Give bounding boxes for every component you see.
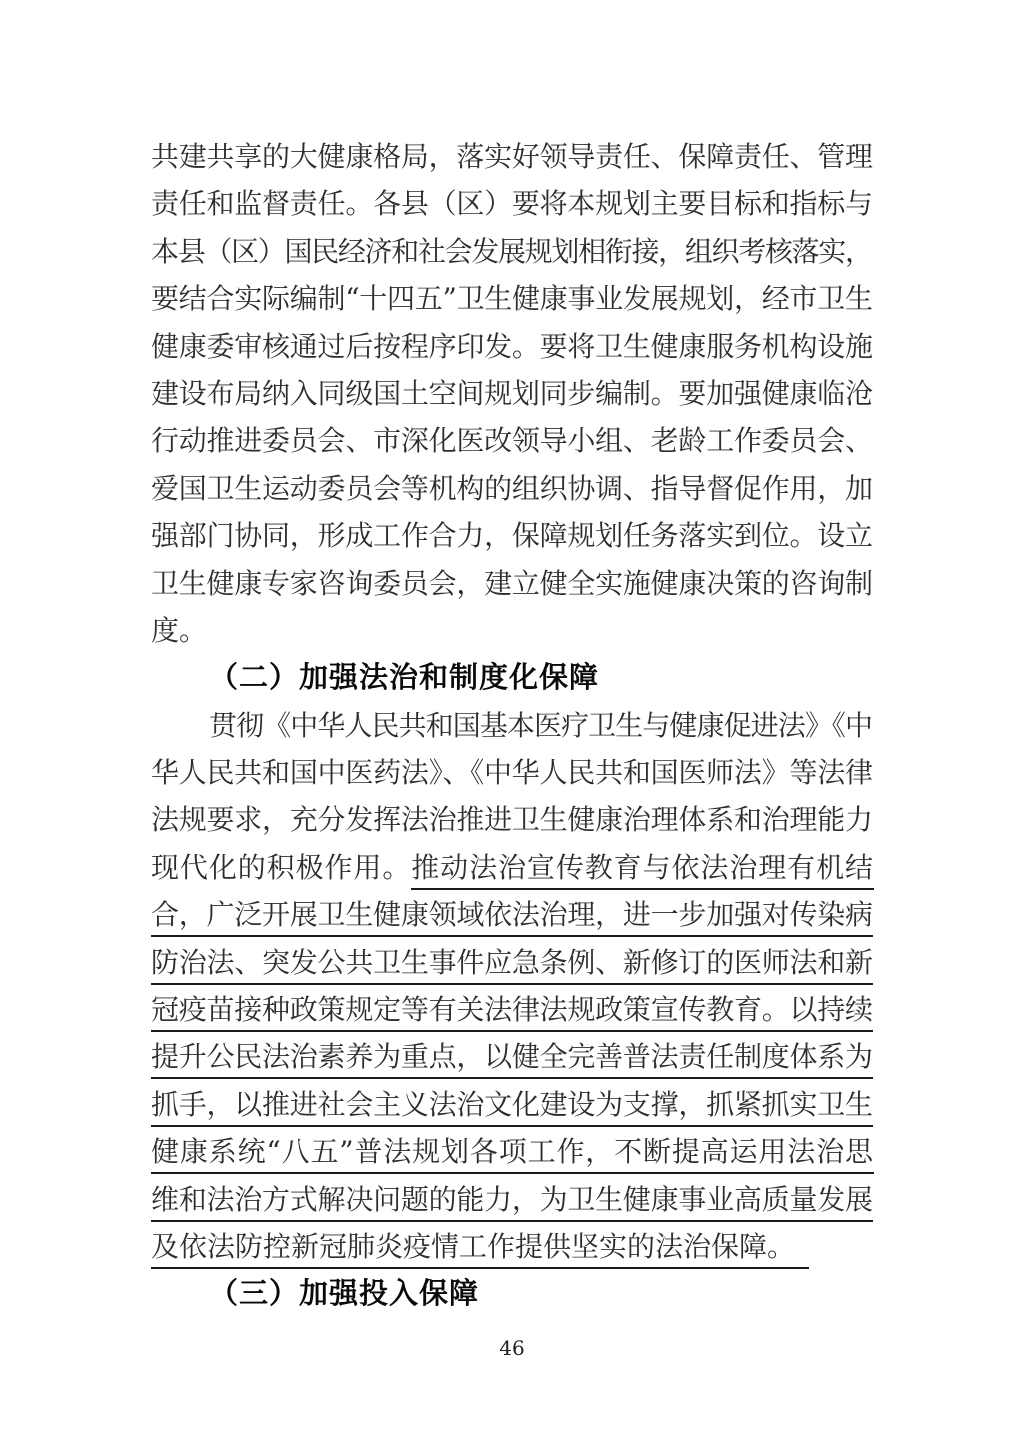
text-line: 卫生健康专家咨询委员会，建立健全实施健康决策的咨询制: [151, 560, 873, 607]
text-segment: 共建共享的大健康格局，落实好领导责任、保障责任、管理: [151, 140, 873, 173]
underlined-text: 维和法治方式解决问题的能力，为卫生健康事业高质量发展: [151, 1183, 873, 1222]
text-line: 合，广泛开展卫生健康领域依法治理，进一步加强对传染病: [151, 891, 873, 938]
text-line: 冠疫苗接种政策规定等有关法律法规政策宣传教育。以持续: [151, 986, 873, 1033]
text-segment: 爱国卫生运动委员会等机构的组织协调、指导督促作用，加: [151, 472, 873, 505]
text-segment: 责任和监督责任。各县（区）要将本规划主要目标和指标与: [151, 187, 873, 220]
text-line: 防治法、突发公共卫生事件应急条例、新修订的医师法和新: [151, 939, 873, 986]
document-page: 共建共享的大健康格局，落实好领导责任、保障责任、管理责任和监督责任。各县（区）要…: [0, 0, 1024, 1448]
text-line: 强部门协同，形成工作合力，保障规划任务落实到位。设立: [151, 512, 873, 559]
text-line: 健康系统“八五”普法规划各项工作，不断提高运用法治思: [151, 1128, 873, 1175]
underlined-text: 合，广泛开展卫生健康领域依法治理，进一步加强对传染病: [151, 898, 873, 937]
text-segment: 现代化的积极作用。: [151, 851, 411, 884]
text-line: 要结合实际编制“十四五”卫生健康事业发展规划，经市卫生: [151, 275, 873, 322]
underlined-text: 提升公民法治素养为重点，以健全完善普法责任制度体系为: [151, 1040, 873, 1079]
text-line: 责任和监督责任。各县（区）要将本规划主要目标和指标与: [151, 180, 873, 227]
underlined-text: 防治法、突发公共卫生事件应急条例、新修订的医师法和新: [151, 946, 873, 985]
text-segment: 卫生健康专家咨询委员会，建立健全实施健康决策的咨询制: [151, 567, 873, 600]
section-heading: （二）加强法治和制度化保障: [151, 654, 873, 701]
text-line: 及依法防控新冠肺炎疫情工作提供坚实的法治保障。: [151, 1223, 873, 1270]
text-line: 维和法治方式解决问题的能力，为卫生健康事业高质量发展: [151, 1176, 873, 1223]
underlined-text: 及依法防控新冠肺炎疫情工作提供坚实的法治保障。: [151, 1230, 781, 1269]
text-line: 现代化的积极作用。推动法治宣传教育与依法治理有机结: [151, 844, 873, 891]
text-segment: 法规要求，充分发挥法治推进卫生健康治理体系和治理能力: [151, 803, 873, 836]
text-segment: （三）加强投入保障: [209, 1276, 479, 1310]
text-line: 抓手，以推进社会主义法治文化建设为支撑，抓紧抓实卫生: [151, 1081, 873, 1128]
underlined-text: [781, 1230, 809, 1269]
text-segment: （二）加强法治和制度化保障: [209, 660, 599, 694]
underlined-text: 冠疫苗接种政策规定等有关法律法规政策宣传教育。以持续: [151, 993, 873, 1032]
page-number: 46: [0, 1336, 1024, 1360]
text-segment: 健康委审核通过后按程序印发。要将卫生健康服务机构设施: [151, 330, 873, 363]
text-line: 法规要求，充分发挥法治推进卫生健康治理体系和治理能力: [151, 796, 873, 843]
text-line: 本县（区）国民经济和社会发展规划相衔接，组织考核落实，: [151, 228, 873, 275]
text-segment: 本县（区）国民经济和社会发展规划相衔接，组织考核落实，: [151, 235, 872, 268]
text-line: 共建共享的大健康格局，落实好领导责任、保障责任、管理: [151, 133, 873, 180]
text-segment: 华人民共和国中医药法》、《中华人民共和国医师法》等法律: [151, 756, 873, 789]
text-line: 健康委审核通过后按程序印发。要将卫生健康服务机构设施: [151, 323, 873, 370]
text-line: 行动推进委员会、市深化医改领导小组、老龄工作委员会、: [151, 417, 873, 464]
text-segment: 行动推进委员会、市深化医改领导小组、老龄工作委员会、: [151, 424, 873, 457]
text-line: 提升公民法治素养为重点，以健全完善普法责任制度体系为: [151, 1033, 873, 1080]
text-line: 度。: [151, 607, 873, 654]
text-segment: 建设布局纳入同级国土空间规划同步编制。要加强健康临沧: [151, 377, 873, 410]
underlined-text: 健康系统“八五”普法规划各项工作，不断提高运用法治思: [151, 1135, 874, 1174]
section-heading: （三）加强投入保障: [151, 1270, 873, 1317]
text-line: 华人民共和国中医药法》、《中华人民共和国医师法》等法律: [151, 749, 873, 796]
document-body: 共建共享的大健康格局，落实好领导责任、保障责任、管理责任和监督责任。各县（区）要…: [151, 133, 873, 1318]
underlined-text: 推动法治宣传教育与依法治理有机结: [411, 851, 874, 890]
text-line: 贯彻《中华人民共和国基本医疗卫生与健康促进法》《中: [151, 702, 873, 749]
text-segment: 要结合实际编制“十四五”卫生健康事业发展规划，经市卫生: [151, 282, 873, 315]
text-segment: 强部门协同，形成工作合力，保障规划任务落实到位。设立: [151, 519, 873, 552]
text-segment: 度。: [151, 614, 207, 647]
text-segment: 贯彻《中华人民共和国基本医疗卫生与健康促进法》《中: [209, 709, 872, 742]
text-line: 爱国卫生运动委员会等机构的组织协调、指导督促作用，加: [151, 465, 873, 512]
text-line: 建设布局纳入同级国土空间规划同步编制。要加强健康临沧: [151, 370, 873, 417]
underlined-text: 抓手，以推进社会主义法治文化建设为支撑，抓紧抓实卫生: [151, 1088, 873, 1127]
